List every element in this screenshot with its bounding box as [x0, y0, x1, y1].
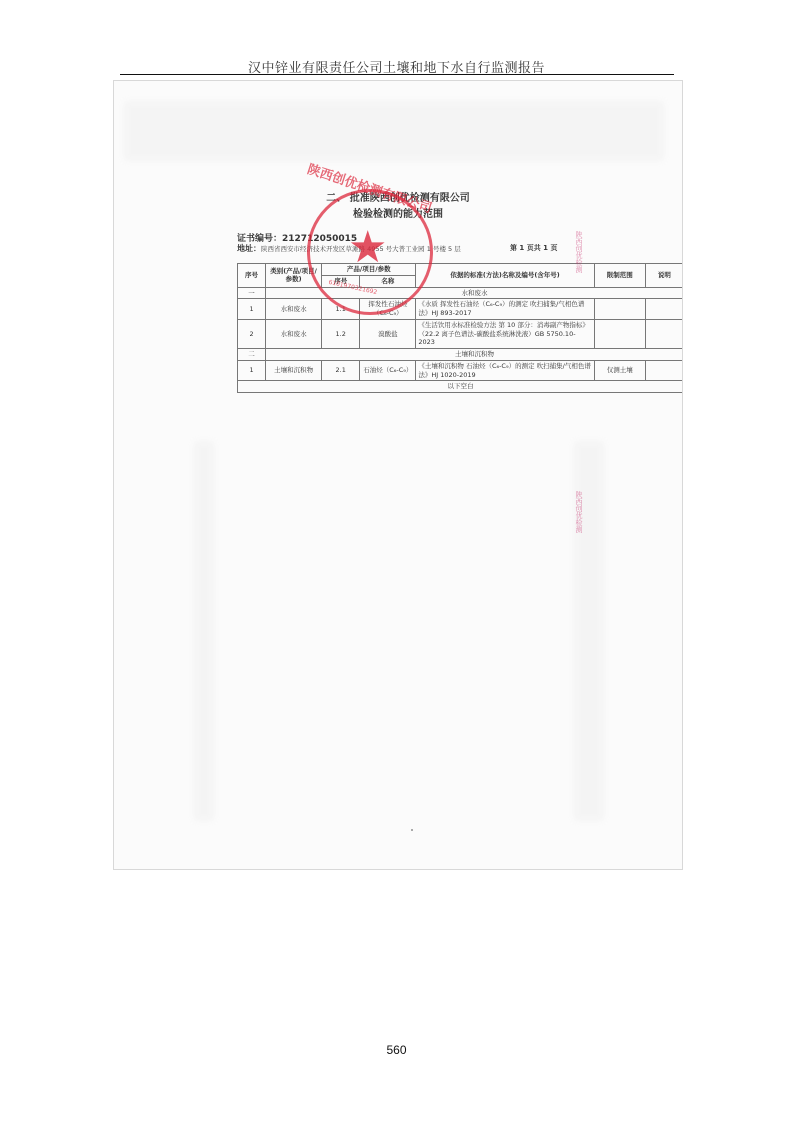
header-note: 说明: [645, 264, 683, 288]
cell-sub-seq: 2.1: [322, 360, 360, 381]
certificate-page-info: 第 1 页共 1 页: [510, 243, 558, 253]
header-category: 类别(产品/项目/参数): [266, 264, 322, 288]
header-seq: 序号: [238, 264, 266, 288]
cell-standard: 《水质 挥发性石油烃（C₆-C₉）的测定 吹扫捕集/气相色谱法》HJ 893-2…: [416, 299, 594, 320]
address-label: 地址：: [237, 244, 261, 253]
cell-seq: 1: [238, 299, 266, 320]
cell-name: 石油烃（C₆-C₉）: [360, 360, 416, 381]
cell-limit: [594, 319, 645, 348]
section-seq: 一: [238, 287, 266, 299]
cell-seq: 2: [238, 319, 266, 348]
address-value: 陕西省西安市经济技术开发区草滩路 4955 号大普工业园 1 号楼 5 层: [261, 245, 461, 253]
scan-noise: [124, 101, 664, 161]
table-footer-row: 以下空白: [238, 381, 684, 393]
table-row: 1 水和废水 1.1 挥发性石油烃（C₆-C₉） 《水质 挥发性石油烃（C₆-C…: [238, 299, 684, 320]
section-title: 土壤和沉积物: [266, 349, 683, 361]
header-name: 名称: [360, 275, 416, 287]
cell-limit: [594, 299, 645, 320]
cell-limit: 仅测土壤: [594, 360, 645, 381]
section-row: 一 水和废水: [238, 287, 684, 299]
cell-sub-seq: 1.2: [322, 319, 360, 348]
cell-standard: 《生活饮用水标准检验方法 第 10 部分：消毒副产物指标》（22.2 离子色谱法…: [416, 319, 594, 348]
header-sub-seq: 序号: [322, 275, 360, 287]
scan-speck: [411, 829, 413, 831]
cell-note: [645, 299, 683, 320]
side-seal-mark: 陕西创优检测: [574, 491, 584, 533]
cell-category: 水和废水: [266, 319, 322, 348]
header-product-param: 产品/项目/参数: [322, 264, 416, 276]
section-seq: 二: [238, 349, 266, 361]
certificate-address: 地址：陕西省西安市经济技术开发区草滩路 4955 号大普工业园 1 号楼 5 层: [237, 243, 461, 254]
scanned-certificate: 二、 批准陕西创优检测有限公司 检验检测的能力范围 证书编号：212712050…: [113, 80, 683, 870]
scan-noise: [194, 441, 214, 821]
cell-name: 溴酸盐: [360, 319, 416, 348]
cell-sub-seq: 1.1: [322, 299, 360, 320]
section-title: 水和废水: [266, 287, 683, 299]
cell-note: [645, 360, 683, 381]
cell-standard: 《土壤和沉积物 石油烃（C₆-C₉）的测定 吹扫捕集/气相色谱法》HJ 1020…: [416, 360, 594, 381]
table-header-row: 序号 类别(产品/项目/参数) 产品/项目/参数 依据的标准(方法)名称及编号(…: [238, 264, 684, 276]
cell-seq: 1: [238, 360, 266, 381]
header-divider: [120, 74, 674, 75]
header-standard: 依据的标准(方法)名称及编号(含年号): [416, 264, 594, 288]
certificate-subtitle: 检验检测的能力范围: [114, 205, 682, 220]
certificate-title: 二、 批准陕西创优检测有限公司: [114, 189, 682, 204]
cell-category: 土壤和沉积物: [266, 360, 322, 381]
table-footer: 以下空白: [238, 381, 684, 393]
section-row: 二 土壤和沉积物: [238, 349, 684, 361]
side-seal-mark: 陕西创优检测: [574, 231, 584, 273]
page-number: 560: [0, 1043, 793, 1057]
cell-name: 挥发性石油烃（C₆-C₉）: [360, 299, 416, 320]
header-limit: 限制范围: [594, 264, 645, 288]
table-row: 1 土壤和沉积物 2.1 石油烃（C₆-C₉） 《土壤和沉积物 石油烃（C₆-C…: [238, 360, 684, 381]
capability-scope-table: 序号 类别(产品/项目/参数) 产品/项目/参数 依据的标准(方法)名称及编号(…: [237, 263, 683, 393]
table-row: 2 水和废水 1.2 溴酸盐 《生活饮用水标准检验方法 第 10 部分：消毒副产…: [238, 319, 684, 348]
cell-category: 水和废水: [266, 299, 322, 320]
cell-note: [645, 319, 683, 348]
